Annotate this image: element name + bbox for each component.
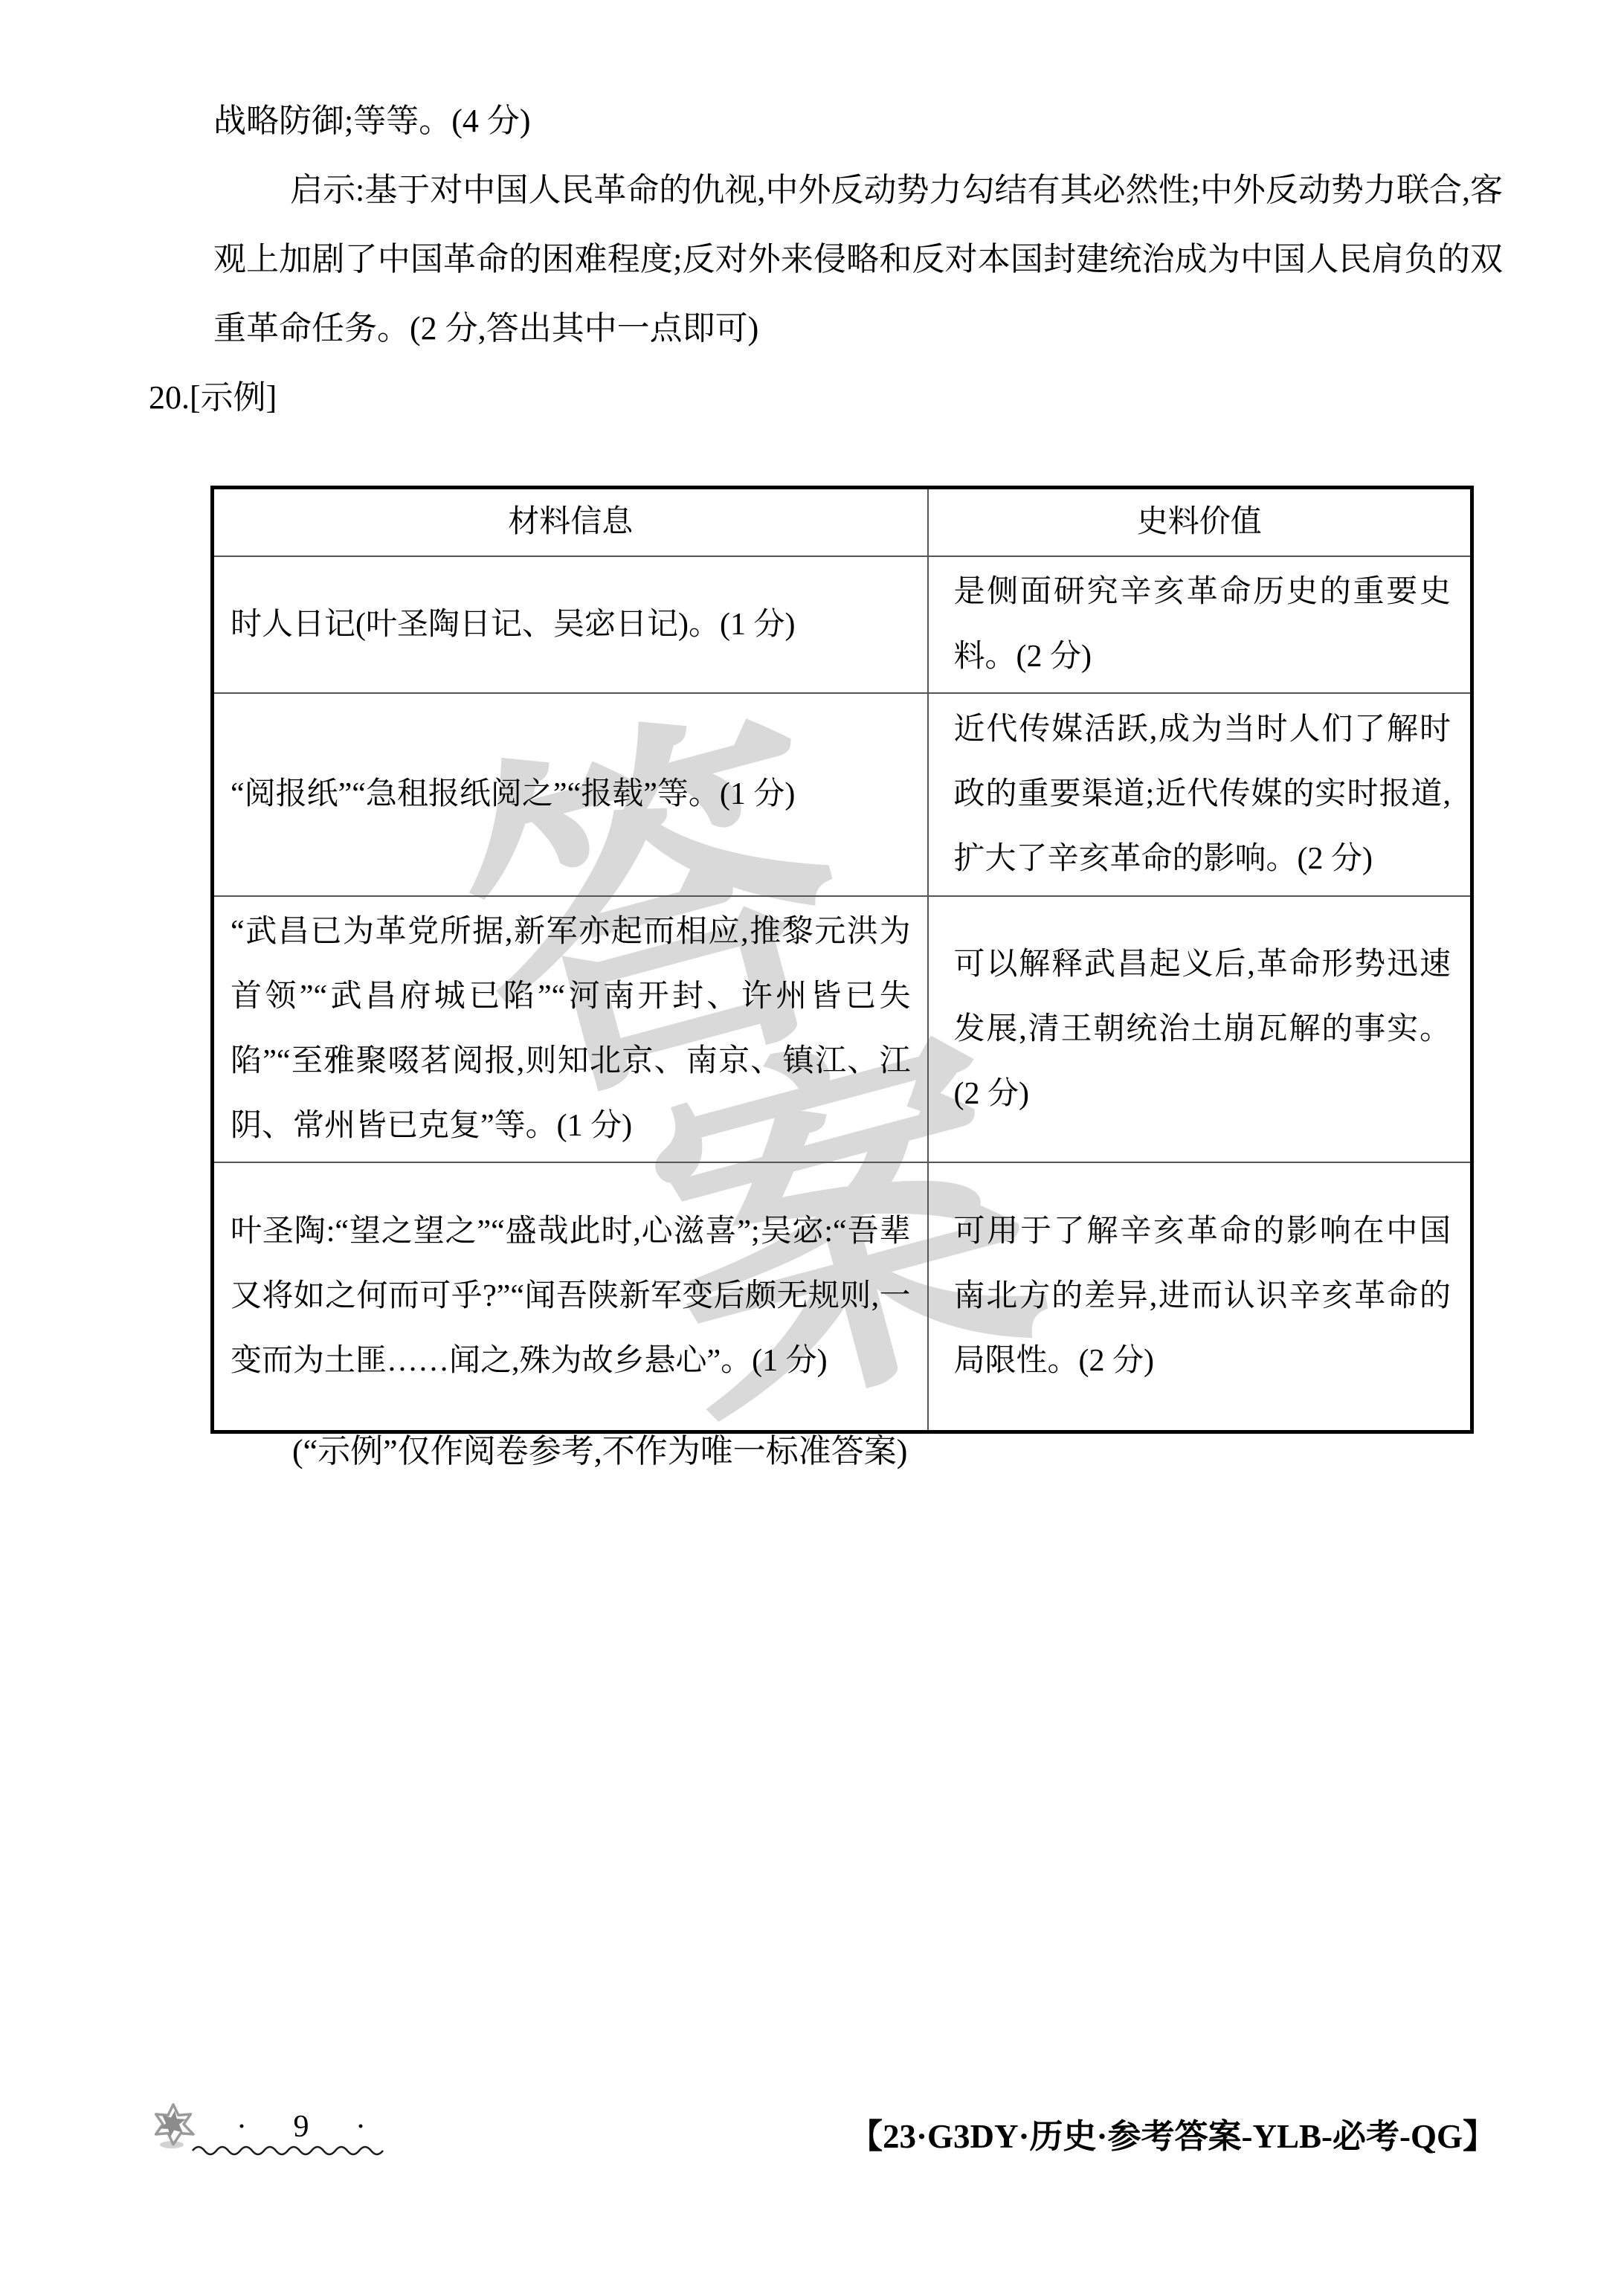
row4-material-cell: 叶圣陶:“望之望之”“盛哉此时,心滋喜”;吴宓:“吾辈又将如之何而可乎?”“闻吾… xyxy=(213,1162,928,1432)
row3-value-cell: 可以解释武昌起义后,革命形势迅速发展,清王朝统治土崩瓦解的事实。(2 分) xyxy=(928,896,1472,1162)
paragraph-strategic-defense: 战略防御;等等。(4 分) xyxy=(213,86,1503,155)
table-row: 时人日记(叶圣陶日记、吴宓日记)。(1 分) 是侧面研究辛亥革命历史的重要史料。… xyxy=(213,556,1472,693)
grading-note: (“示例”仅作阅卷参考,不作为唯一标准答案) xyxy=(292,1429,907,1474)
row3-material-cell: “武昌已为革党所据,新军亦起而相应,推黎元洪为首领”“武昌府城已陷”“河南开封、… xyxy=(213,896,928,1162)
header-material-info: 材料信息 xyxy=(213,488,928,557)
star-logo-icon xyxy=(152,2103,196,2149)
table-header-row: 材料信息 史料价值 xyxy=(213,488,1472,557)
exam-code: 【23·G3DY·历史·参考答案-YLB-必考-QG】 xyxy=(849,2109,1496,2157)
wavy-underline xyxy=(192,2142,387,2157)
table-row: “阅报纸”“急租报纸阅之”“报载”等。(1 分) 近代传媒活跃,成为当时人们了解… xyxy=(213,693,1472,896)
answer-example-table: 材料信息 史料价值 时人日记(叶圣陶日记、吴宓日记)。(1 分) 是侧面研究辛亥… xyxy=(210,486,1474,1434)
question-number: 20. xyxy=(149,379,190,416)
document-page: 答 案 战略防御;等等。(4 分) 启示:基于对中国人民革命的仇视,中外反动势力… xyxy=(0,0,1624,2283)
row4-value-cell: 可用于了解辛亥革命的影响在中国南北方的差异,进而认识辛亥革命的局限性。(2 分) xyxy=(928,1162,1472,1432)
row2-material-cell: “阅报纸”“急租报纸阅之”“报载”等。(1 分) xyxy=(213,693,928,896)
paragraph-insight: 启示:基于对中国人民革命的仇视,中外反动势力勾结有其必然性;中外反动势力联合,客… xyxy=(213,155,1503,363)
answer-text-block: 战略防御;等等。(4 分) 启示:基于对中国人民革命的仇视,中外反动势力勾结有其… xyxy=(213,86,1503,432)
table-row: “武昌已为革党所据,新军亦起而相应,推黎元洪为首领”“武昌府城已陷”“河南开封、… xyxy=(213,896,1472,1162)
question-example-label: [示例] xyxy=(190,379,277,416)
row1-material-cell: 时人日记(叶圣陶日记、吴宓日记)。(1 分) xyxy=(213,556,928,693)
page-content: 战略防御;等等。(4 分) 启示:基于对中国人民革命的仇视,中外反动势力勾结有其… xyxy=(0,0,1624,2283)
header-historical-value: 史料价值 xyxy=(928,488,1472,557)
row2-value-cell: 近代传媒活跃,成为当时人们了解时政的重要渠道;近代传媒的实时报道,扩大了辛亥革命… xyxy=(928,693,1472,896)
table-row: 叶圣陶:“望之望之”“盛哉此时,心滋喜”;吴宓:“吾辈又将如之何而可乎?”“闻吾… xyxy=(213,1162,1472,1432)
page-number: · 9 · xyxy=(236,2109,385,2145)
row1-value-cell: 是侧面研究辛亥革命历史的重要史料。(2 分) xyxy=(928,556,1472,693)
question-20-heading: 20.[示例] xyxy=(149,363,1503,432)
